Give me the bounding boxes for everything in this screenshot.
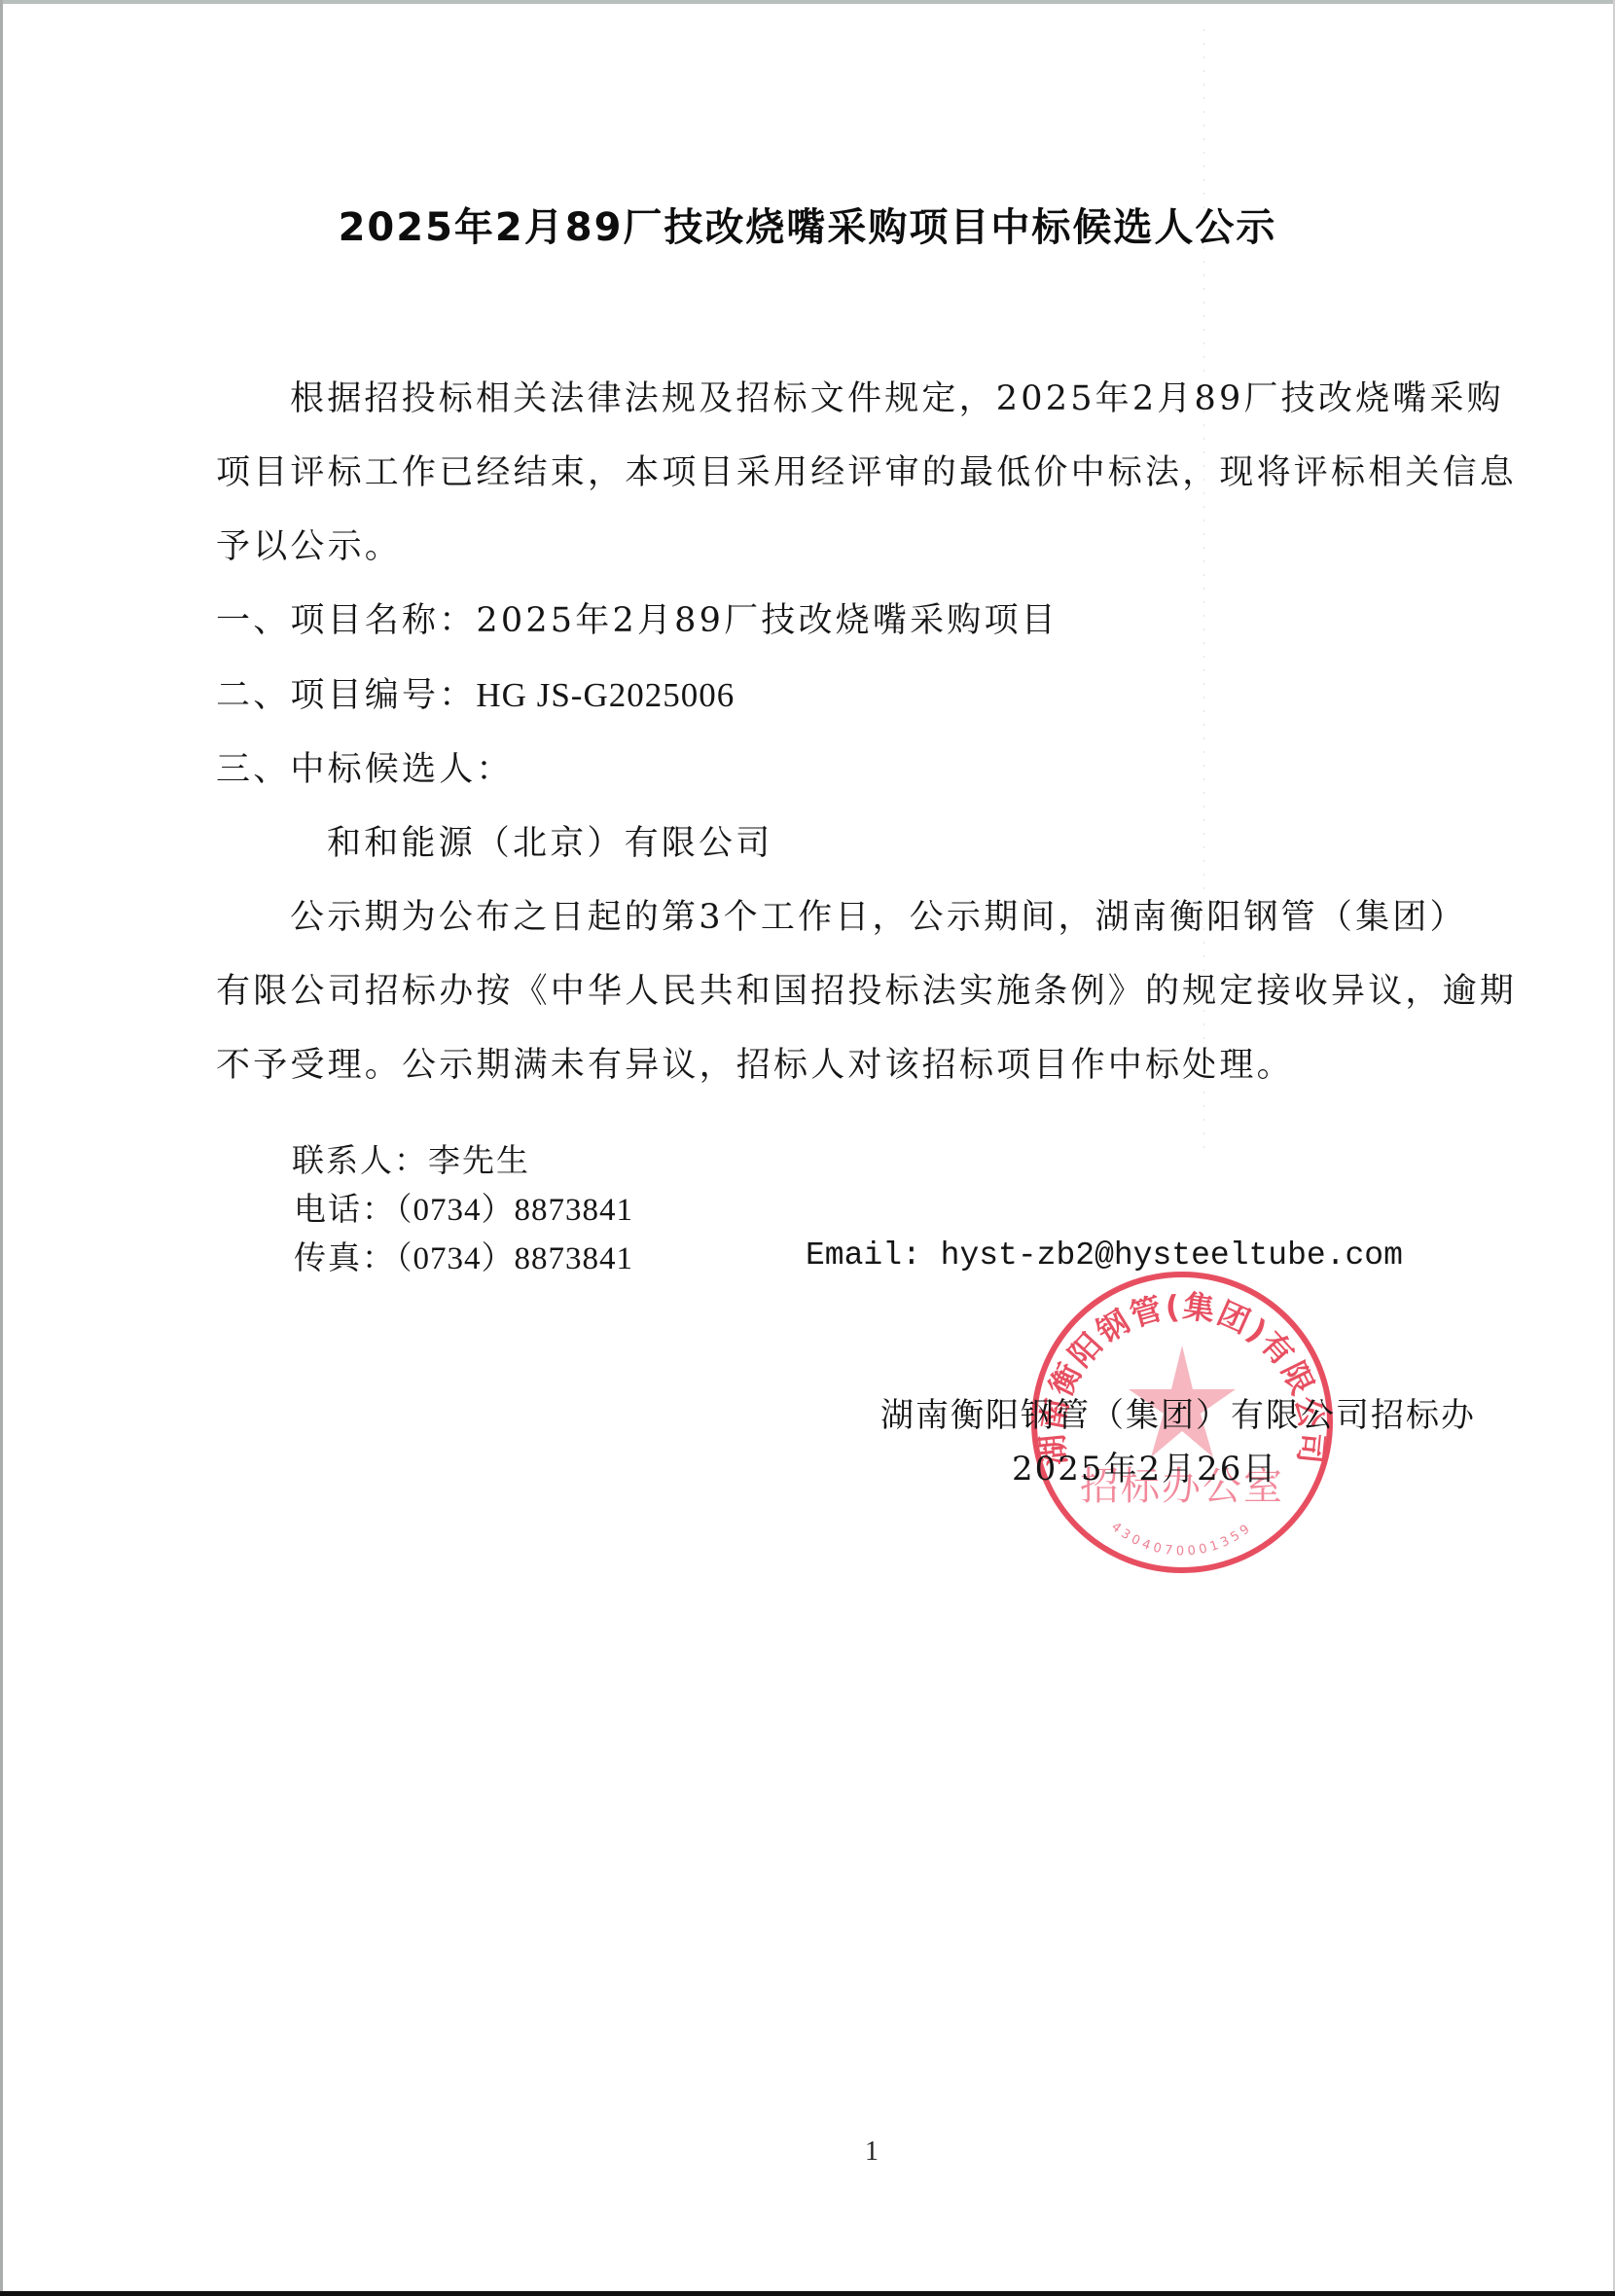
scan-edge-left <box>0 0 3 2296</box>
contact-fax: 传真：（0734）8873841 <box>294 1236 633 1281</box>
item-label: 三、中标候选人： <box>216 750 514 789</box>
notice-line-1: 公示期为公布之日起的第3个工作日，公示期间，湖南衡阳钢管（集团） <box>290 893 1467 942</box>
svg-text:4304070001359: 4304070001359 <box>1108 1520 1255 1559</box>
contact-phone: 电话：（0734）8873841 <box>294 1187 633 1233</box>
issuer-organization: 湖南衡阳钢管（集团）有限公司招标办 <box>880 1392 1476 1439</box>
item-project-name: 一、项目名称：2025年2月89厂技改烧嘴采购项目 <box>216 596 1059 645</box>
document-page: 2025年2月89厂技改烧嘴采购项目中标候选人公示 根据招投标相关法律法规及招标… <box>0 0 1615 2296</box>
winning-candidate: 和和能源（北京）有限公司 <box>327 819 772 868</box>
intro-line-2: 项目评标工作已经结束，本项目采用经评审的最低价中标法，现将评标相关信息 <box>216 448 1517 497</box>
intro-line-3: 予以公示。 <box>216 522 402 571</box>
contact-person-value: 李先生 <box>428 1141 530 1179</box>
page-number: 1 <box>865 2136 879 2168</box>
contact-email-label: Email: <box>806 1238 921 1274</box>
contact-phone-value: （0734）8873841 <box>396 1193 633 1228</box>
intro-line-1: 根据招投标相关法律法规及招标文件规定，2025年2月89厂技改烧嘴采购 <box>290 375 1504 423</box>
item-project-number: 二、项目编号：HG JS-G2025006 <box>216 671 735 720</box>
item-label: 二、项目编号： <box>216 676 476 715</box>
document-title: 2025年2月89厂技改烧嘴采购项目中标候选人公示 <box>0 202 1615 253</box>
project-name-value: 2025年2月89厂技改烧嘴采购项目 <box>476 601 1058 640</box>
contact-fax-label: 传真： <box>294 1238 396 1276</box>
contact-fax-value: （0734）8873841 <box>396 1241 633 1276</box>
scan-edge-top <box>0 0 1615 4</box>
contact-person-label: 联系人： <box>292 1141 428 1179</box>
item-candidate-heading: 三、中标候选人： <box>216 745 514 794</box>
item-label: 一、项目名称： <box>216 601 476 640</box>
notice-line-3: 不予受理。公示期满未有异议，招标人对该招标项目作中标处理。 <box>216 1041 1294 1090</box>
notice-line-2: 有限公司招标办按《中华人民共和国招投标法实施条例》的规定接收异议，逾期 <box>216 967 1517 1016</box>
seal-serial: 4304070001359 <box>1108 1520 1255 1559</box>
scan-edge-bottom <box>0 2291 1615 2296</box>
issue-date: 2025年2月26日 <box>1012 1446 1277 1492</box>
project-number-value: HG JS-G2025006 <box>476 676 735 714</box>
contact-person: 联系人：李先生 <box>292 1138 530 1183</box>
contact-phone-label: 电话： <box>294 1190 396 1228</box>
